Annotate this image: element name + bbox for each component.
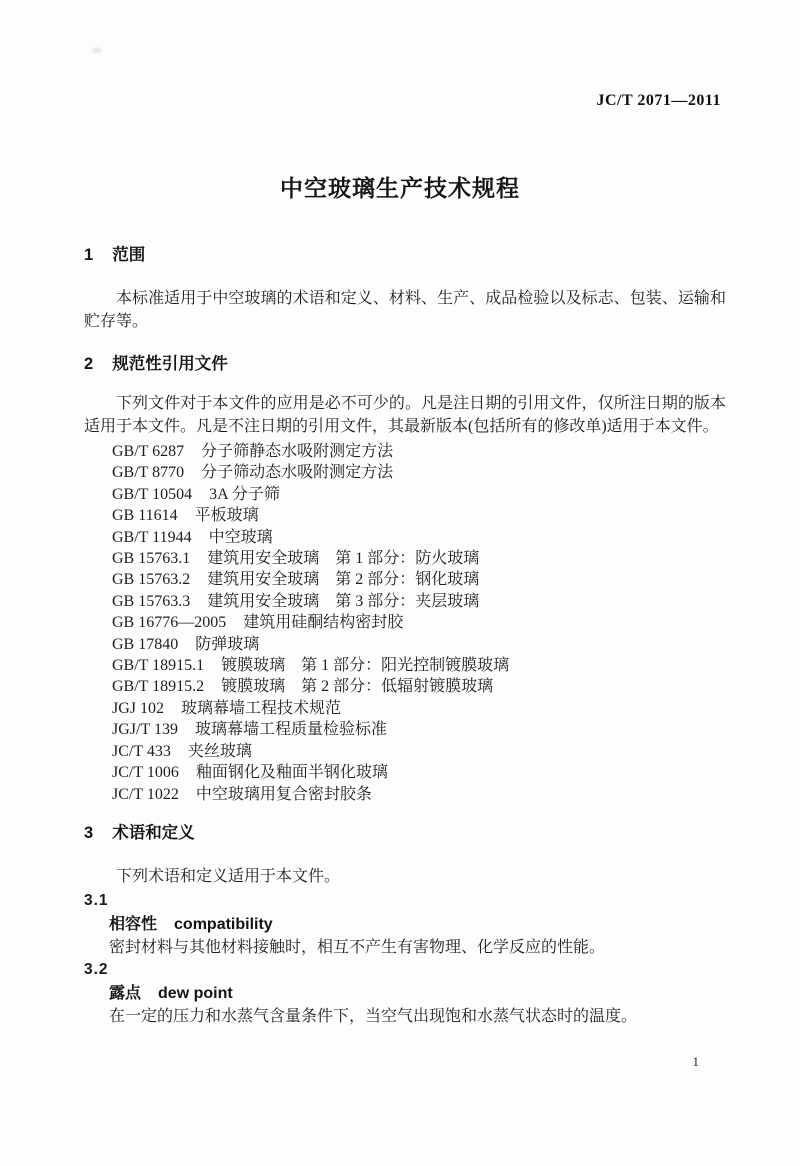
section-2-paragraph: 下列文件对于本文件的应用是必不可少的。凡是注日期的引用文件，仅所注日期的版本适用… [84, 392, 726, 438]
standard-code: JC/T 2071—2011 [597, 92, 722, 110]
reference-item: JGJ 102玻璃幕墙工程技术规范 [112, 698, 726, 719]
term-definition: 在一定的压力和水蒸气含量条件下，当空气出现饱和水蒸气状态时的温度。 [84, 1006, 726, 1029]
section-3-heading: 3 术语和定义 [84, 822, 726, 844]
reference-item: GB/T 18915.1镀膜玻璃 第 1 部分：阳光控制镀膜玻璃 [112, 655, 726, 676]
reference-code: JC/T 1022 [112, 784, 179, 805]
section-3-intro: 下列术语和定义适用于本文件。 [84, 865, 726, 888]
reference-title: 分子筛动态水吸附测定方法 [201, 464, 393, 481]
reference-title: 防弹玻璃 [195, 636, 259, 653]
section-3-number: 3 [84, 822, 93, 844]
section-1-number: 1 [84, 244, 93, 266]
reference-item: JC/T 433夹丝玻璃 [112, 741, 726, 762]
term-definition-block: 3.1 相容性compatibility 密封材料与其他材料接触时，相互不产生有… [84, 890, 726, 960]
reference-code: GB 17840 [112, 634, 178, 655]
reference-item: GB 11614平板玻璃 [112, 505, 726, 526]
clause-number: 3.1 [84, 890, 726, 912]
reference-code: JC/T 1006 [112, 762, 179, 783]
section-3-title: 术语和定义 [112, 822, 195, 844]
reference-title: 建筑用安全玻璃 第 2 部分：钢化玻璃 [207, 571, 479, 588]
reference-item: GB 15763.2建筑用安全玻璃 第 2 部分：钢化玻璃 [112, 569, 726, 590]
section-2-title: 规范性引用文件 [112, 353, 228, 375]
normative-references-list: GB/T 6287分子筛静态水吸附测定方法 GB/T 8770分子筛动态水吸附测… [84, 441, 726, 805]
reference-code: JGJ/T 139 [112, 719, 178, 740]
reference-item: GB 15763.3建筑用安全玻璃 第 3 部分：夹层玻璃 [112, 591, 726, 612]
reference-item: GB 16776—2005建筑用硅酮结构密封胶 [112, 612, 726, 633]
section-1-title: 范围 [112, 244, 145, 266]
reference-code: GB/T 18915.1 [112, 655, 204, 676]
term-name-line: 相容性compatibility [84, 913, 726, 936]
section-1-paragraph: 本标准适用于中空玻璃的术语和定义、材料、生产、成品检验以及标志、包装、运输和贮存… [84, 287, 726, 333]
reference-item: GB 15763.1建筑用安全玻璃 第 1 部分：防火玻璃 [112, 548, 726, 569]
term-name-zh: 相容性 [109, 916, 157, 933]
reference-title: 釉面钢化及釉面半钢化玻璃 [196, 764, 388, 781]
reference-code: GB/T 10504 [112, 484, 192, 505]
reference-title: 中空玻璃 [209, 529, 273, 546]
section-1-heading: 1 范围 [84, 244, 726, 266]
reference-title: 玻璃幕墙工程技术规范 [181, 700, 341, 717]
reference-item: JGJ/T 139玻璃幕墙工程质量检验标准 [112, 719, 726, 740]
reference-item: GB/T 6287分子筛静态水吸附测定方法 [112, 441, 726, 462]
document-title: 中空玻璃生产技术规程 [0, 170, 800, 203]
term-definition: 密封材料与其他材料接触时，相互不产生有害物理、化学反应的性能。 [84, 937, 726, 960]
reference-code: GB 15763.2 [112, 569, 190, 590]
reference-title: 3A 分子筛 [209, 486, 280, 503]
page-number: 1 [693, 1054, 700, 1070]
reference-title: 夹丝玻璃 [188, 743, 252, 760]
clause-number: 3.2 [84, 959, 726, 981]
reference-item: GB/T 18915.2镀膜玻璃 第 2 部分：低辐射镀膜玻璃 [112, 676, 726, 697]
reference-code: JGJ 102 [112, 698, 164, 719]
reference-title: 镀膜玻璃 第 2 部分：低辐射镀膜玻璃 [221, 678, 493, 695]
reference-title: 镀膜玻璃 第 1 部分：阳光控制镀膜玻璃 [221, 657, 509, 674]
reference-item: JC/T 1022中空玻璃用复合密封胶条 [112, 784, 726, 805]
reference-code: GB/T 8770 [112, 462, 184, 483]
reference-title: 建筑用安全玻璃 第 3 部分：夹层玻璃 [207, 593, 479, 610]
reference-code: GB/T 11944 [112, 527, 192, 548]
term-definition-block: 3.2 露点dew point 在一定的压力和水蒸气含量条件下，当空气出现饱和水… [84, 959, 726, 1029]
document-body: 1 范围 本标准适用于中空玻璃的术语和定义、材料、生产、成品检验以及标志、包装、… [84, 244, 726, 1029]
document-page: JC/T 2071—2011 中空玻璃生产技术规程 1 范围 本标准适用于中空玻… [0, 0, 800, 1166]
reference-item: GB/T 105043A 分子筛 [112, 484, 726, 505]
reference-title: 分子筛静态水吸附测定方法 [201, 443, 393, 460]
scan-artifact-smudge [90, 46, 104, 55]
reference-code: JC/T 433 [112, 741, 171, 762]
reference-title: 玻璃幕墙工程质量检验标准 [195, 721, 387, 738]
reference-item: GB/T 8770分子筛动态水吸附测定方法 [112, 462, 726, 483]
reference-code: GB 15763.1 [112, 548, 190, 569]
section-2-number: 2 [84, 353, 93, 375]
reference-code: GB/T 6287 [112, 441, 184, 462]
reference-item: GB 17840防弹玻璃 [112, 634, 726, 655]
reference-code: GB/T 18915.2 [112, 676, 204, 697]
section-2-heading: 2 规范性引用文件 [84, 353, 726, 375]
reference-code: GB 11614 [112, 505, 178, 526]
reference-title: 建筑用硅酮结构密封胶 [243, 614, 403, 631]
term-name-zh: 露点 [109, 985, 141, 1002]
term-name-line: 露点dew point [84, 982, 726, 1005]
term-name-en: compatibility [174, 916, 273, 933]
term-name-en: dew point [158, 985, 233, 1002]
reference-code: GB 16776—2005 [112, 612, 226, 633]
reference-title: 建筑用安全玻璃 第 1 部分：防火玻璃 [207, 550, 479, 567]
reference-title: 中空玻璃用复合密封胶条 [196, 786, 372, 803]
reference-item: GB/T 11944中空玻璃 [112, 527, 726, 548]
reference-title: 平板玻璃 [195, 507, 259, 524]
reference-code: GB 15763.3 [112, 591, 190, 612]
reference-item: JC/T 1006釉面钢化及釉面半钢化玻璃 [112, 762, 726, 783]
